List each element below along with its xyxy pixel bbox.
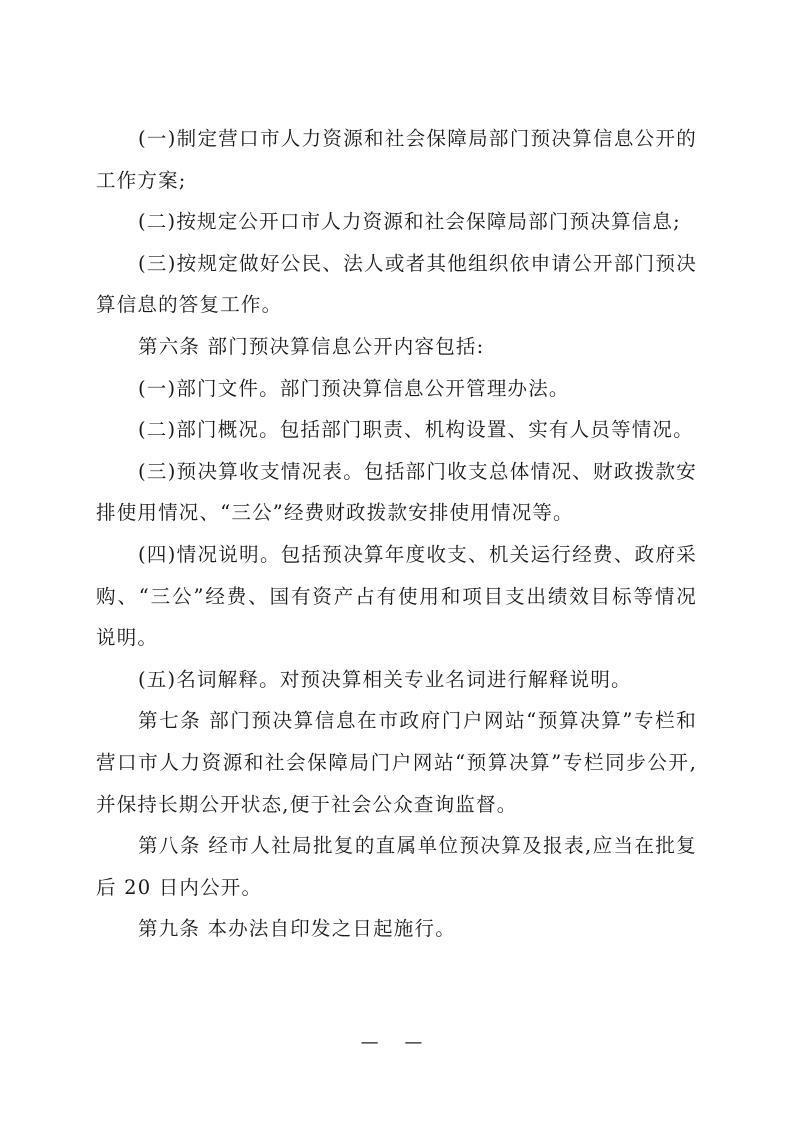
paragraph-item-2: (二)按规定公开口市人力资源和社会保障局部门预决算信息; xyxy=(96,201,697,243)
article-9: 第九条 本办法自印发之日起施行。 xyxy=(96,908,697,950)
content-item-2: (二)部门概况。包括部门职责、机构设置、实有人员等情况。 xyxy=(96,409,697,451)
article-8: 第八条 经市人社局批复的直属单位预决算及报表,应当在批复后 20 日内公开。 xyxy=(96,825,697,908)
paragraph-item-1: (一)制定营口市人力资源和社会保障局部门预决算信息公开的工作方案; xyxy=(96,118,697,201)
article-7: 第七条 部门预决算信息在市政府门户网站“预算决算”专栏和营口市人力资源和社会保障… xyxy=(96,700,697,825)
content-item-1: (一)部门文件。部门预决算信息公开管理办法。 xyxy=(96,368,697,410)
document-body: (一)制定营口市人力资源和社会保障局部门预决算信息公开的工作方案; (二)按规定… xyxy=(96,118,697,950)
article-6-heading: 第六条 部门预决算信息公开内容包括: xyxy=(96,326,697,368)
paragraph-item-3: (三)按规定做好公民、法人或者其他组织依申请公开部门预决算信息的答复工作。 xyxy=(96,243,697,326)
content-item-3: (三)预决算收支情况表。包括部门收支总体情况、财政拨款安排使用情况、“三公”经费… xyxy=(96,451,697,534)
page-number: — — xyxy=(0,1032,793,1053)
content-item-4: (四)情况说明。包括预决算年度收支、机关运行经费、政府采购、“三公”经费、国有资… xyxy=(96,534,697,659)
content-item-5: (五)名词解释。对预决算相关专业名词进行解释说明。 xyxy=(96,659,697,701)
